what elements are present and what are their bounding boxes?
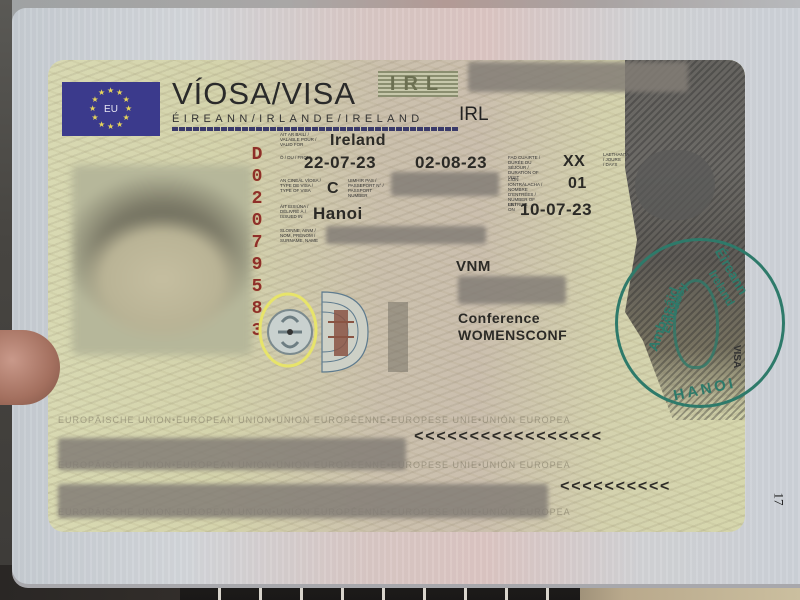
label-type-of-visa: AN CINEÁL VÍOSA / TYPE DE VISA / TYPE OF…: [280, 178, 322, 193]
value-remarks-line2: WOMENSCONF: [458, 327, 567, 343]
label-valid-for: AIT AR BAILÍ / VALABLE POUR / VALID FOR: [280, 132, 322, 147]
eu-star-icon: ★: [125, 105, 133, 113]
redacted-passport-number: [391, 172, 499, 196]
stamp-text-visa: VISA: [731, 345, 742, 368]
label-surname-name: SLOINNE, AINM / NOM, PRÉNOM / SURNAME, N…: [280, 228, 322, 243]
value-from: 22-07-23: [304, 153, 376, 173]
visa-subtitle: ÉIREANN/IRLANDE/IRELAND: [172, 113, 424, 125]
hologram-emblem-icon: [258, 282, 408, 382]
label-passport-number: UIMHIR PAS / PASSEPORT N° / PASSPORT NUM…: [348, 178, 390, 198]
eu-star-icon: ★: [116, 121, 124, 129]
security-pattern-blob: [635, 150, 715, 220]
mrz-line2-fillers: <<<<<<<<<<: [560, 478, 671, 496]
page-number: 17: [771, 493, 787, 506]
value-nationality: VNM: [456, 258, 491, 275]
eu-star-icon: ★: [123, 96, 131, 104]
value-type-of-visa: C: [327, 180, 339, 198]
eu-star-icon: ★: [89, 105, 97, 113]
redacted-mrz-line2: [58, 484, 548, 518]
irl-emblem: IRL: [378, 71, 458, 97]
value-date-of-issue: 10-07-23: [520, 200, 592, 220]
label-date-of-issue: LE / ON: [508, 202, 518, 212]
value-duration: XX: [563, 153, 585, 171]
eu-star-icon: ★: [107, 123, 115, 131]
holder-photo: [72, 165, 252, 355]
value-number-of-entries: 01: [568, 175, 587, 193]
eu-star-icon: ★: [98, 89, 106, 97]
microprint-bar: [172, 127, 458, 131]
value-remarks-line1: Conference: [458, 310, 540, 326]
value-valid-for: Ireland: [330, 132, 386, 150]
eu-star-icon: ★: [107, 87, 115, 95]
redacted-mrz-line1: [58, 438, 406, 470]
redacted-header-field: [468, 62, 688, 92]
embassy-stamp: Ambasáid Embassy Éireann Ireland HANOI V…: [615, 238, 785, 408]
eu-star-icon: ★: [91, 114, 99, 122]
eu-flag-icon: EU ★★★★★★★★★★★★: [62, 82, 160, 136]
redacted-surname-name: [326, 226, 486, 244]
stamp-text-hanoi: HANOI: [672, 375, 737, 405]
redacted-reference-number: [458, 276, 566, 304]
issuing-country-code: IRL: [459, 104, 489, 126]
label-days: LAETHANTA / JOURS / DAYS: [603, 152, 621, 167]
value-until: 02-08-23: [415, 153, 487, 173]
mrz-line1-fillers: <<<<<<<<<<<<<<<<<: [414, 428, 603, 446]
visa-title: VÍOSA/VISA: [172, 76, 356, 112]
background-microtext: EUROPÄISCHE UNION•EUROPEAN UNION•UNION E…: [58, 415, 571, 425]
value-issued-in: Hanoi: [313, 204, 363, 224]
